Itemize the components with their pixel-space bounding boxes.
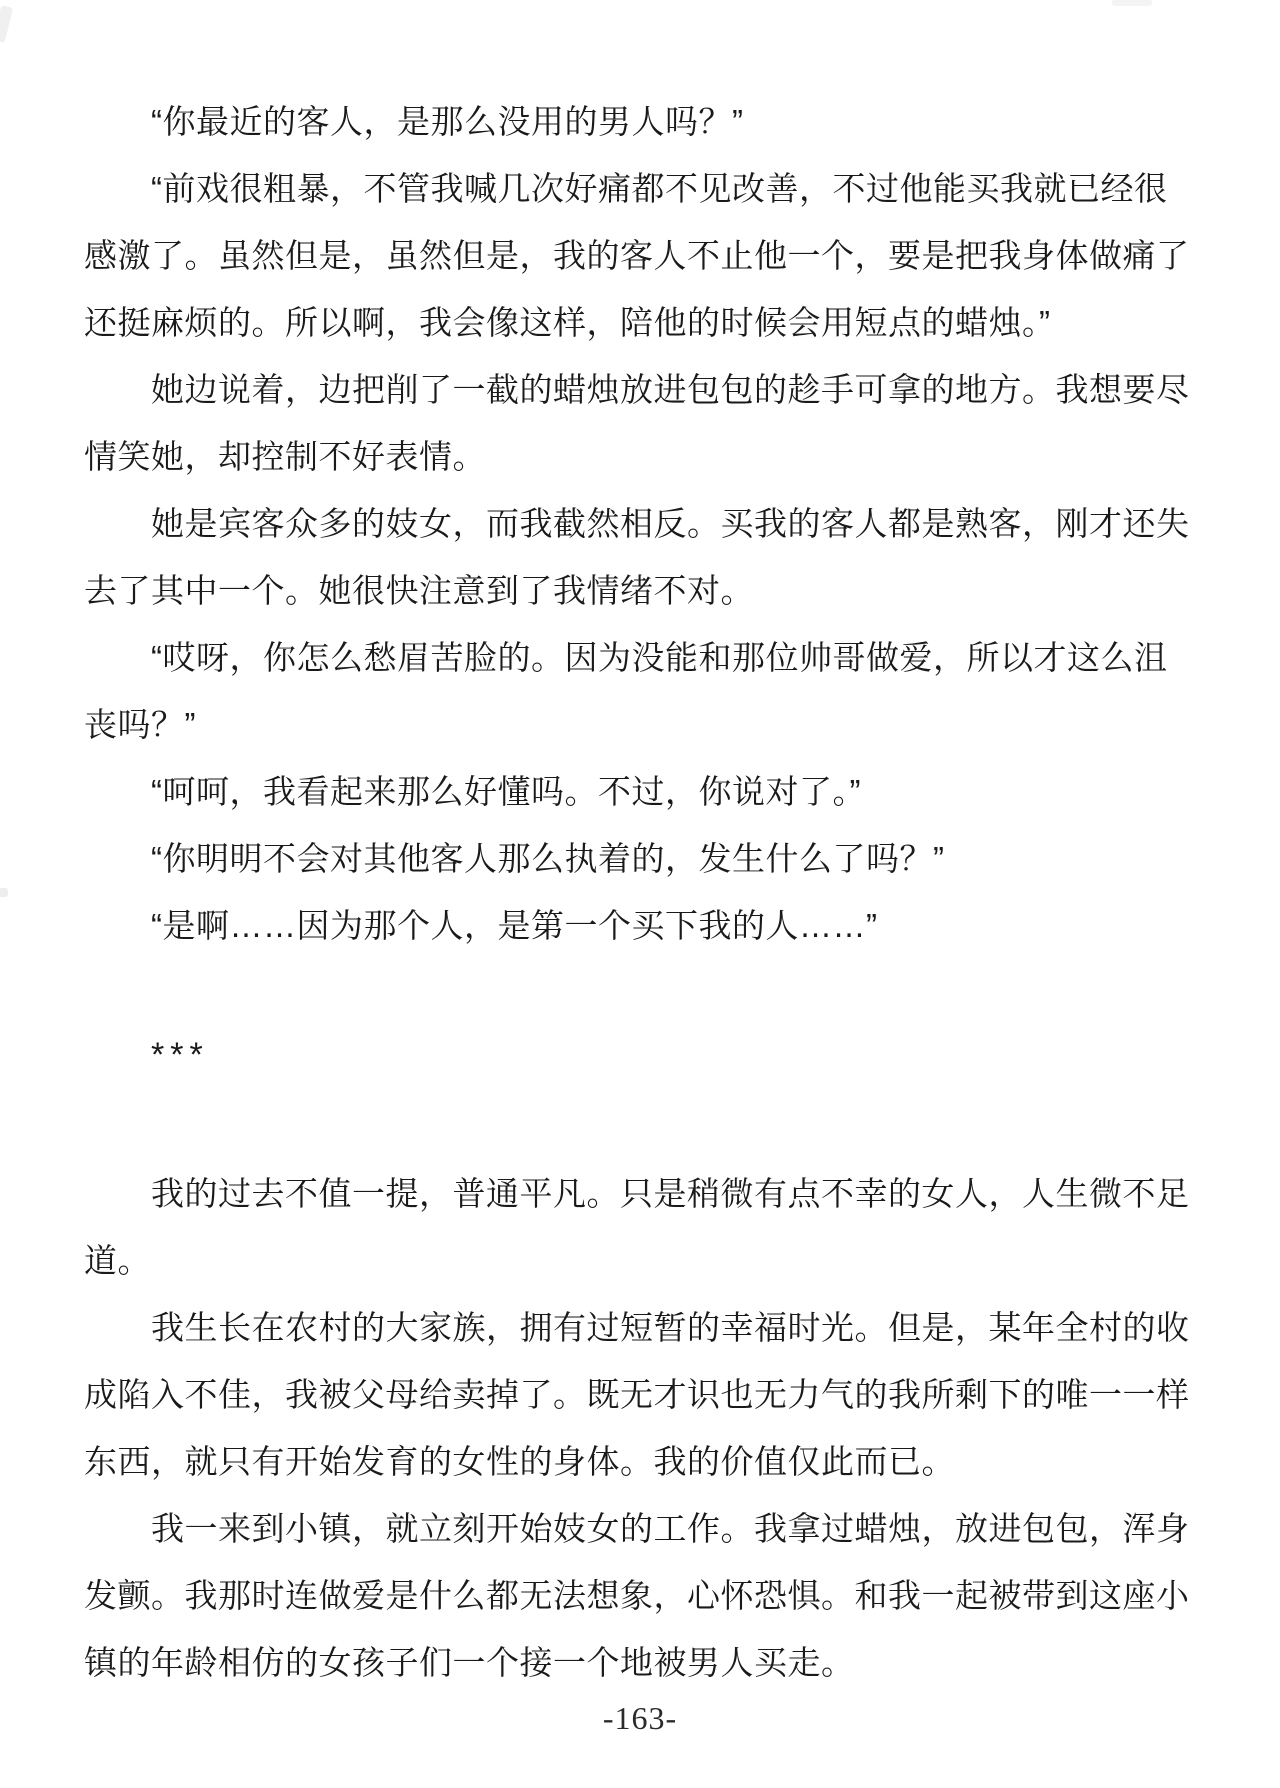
scan-artifact-top-left: [0, 5, 13, 43]
text-line: 我生长在农村的大家族，拥有过短暂的幸福时光。但是，某年全村的收: [84, 1294, 1196, 1361]
text-line: 她是宾客众多的妓女，而我截然相反。买我的客人都是熟客，刚才还失: [84, 490, 1196, 557]
page-number: -163-: [0, 1700, 1280, 1737]
page-text: “你最近的客人，是那么没用的男人吗？” “前戏很粗暴，不管我喊几次好痛都不见改善…: [84, 88, 1196, 1696]
text-line: 她边说着，边把削了一截的蜡烛放进包包的趁手可拿的地方。我想要尽: [84, 356, 1196, 423]
text-line: “是啊……因为那个人，是第一个买下我的人……”: [84, 892, 1196, 959]
text-line: 丧吗？”: [84, 691, 1196, 758]
book-page: “你最近的客人，是那么没用的男人吗？” “前戏很粗暴，不管我喊几次好痛都不见改善…: [0, 0, 1280, 1788]
text-line: “呵呵，我看起来那么好懂吗。不过，你说对了。”: [84, 758, 1196, 825]
text-line: 发颤。我那时连做爱是什么都无法想象，心怀恐惧。和我一起被带到这座小: [84, 1562, 1196, 1629]
text-line: 去了其中一个。她很快注意到了我情绪不对。: [84, 557, 1196, 624]
text-line: 我的过去不值一提，普通平凡。只是稍微有点不幸的女人，人生微不足: [84, 1160, 1196, 1227]
text-line: “哎呀，你怎么愁眉苦脸的。因为没能和那位帅哥做爱，所以才这么沮: [84, 624, 1196, 691]
text-line: “你明明不会对其他客人那么执着的，发生什么了吗？”: [84, 825, 1196, 892]
text-line: 我一来到小镇，就立刻开始妓女的工作。我拿过蜡烛，放进包包，浑身: [84, 1495, 1196, 1562]
text-line: 镇的年龄相仿的女孩子们一个接一个地被男人买走。: [84, 1629, 1196, 1696]
text-line: 情笑她，却控制不好表情。: [84, 423, 1196, 490]
section-separator: ***: [84, 1022, 1196, 1089]
text-line: 东西，就只有开始发育的女性的身体。我的价值仅此而已。: [84, 1428, 1196, 1495]
text-line: 还挺麻烦的。所以啊，我会像这样，陪他的时候会用短点的蜡烛。”: [84, 289, 1196, 356]
scan-artifact-left-edge: [0, 888, 8, 897]
text-line: 感激了。虽然但是，虽然但是，我的客人不止他一个，要是把我身体做痛了: [84, 222, 1196, 289]
text-line: 道。: [84, 1227, 1196, 1294]
text-line: 成陷入不佳，我被父母给卖掉了。既无才识也无力气的我所剩下的唯一一样: [84, 1361, 1196, 1428]
scan-artifact-top-right: [1112, 0, 1152, 6]
text-line: “你最近的客人，是那么没用的男人吗？”: [84, 88, 1196, 155]
text-line: “前戏很粗暴，不管我喊几次好痛都不见改善，不过他能买我就已经很: [84, 155, 1196, 222]
